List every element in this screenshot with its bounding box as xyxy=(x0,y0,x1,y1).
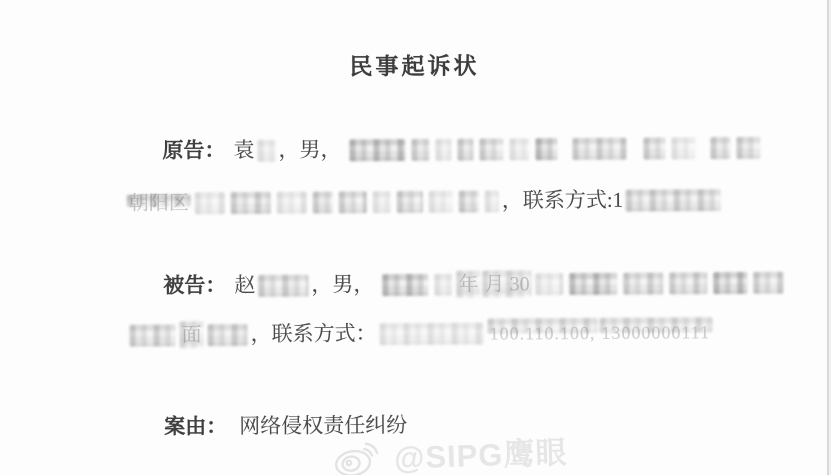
redaction-block xyxy=(180,321,204,348)
redaction-block xyxy=(573,138,627,160)
redaction-block xyxy=(436,139,452,161)
redaction-block xyxy=(208,324,248,346)
page-edge-line xyxy=(827,0,829,475)
redaction-block xyxy=(569,273,617,295)
redaction-block xyxy=(644,137,666,159)
redaction-block xyxy=(459,191,479,213)
redaction-block xyxy=(485,190,499,212)
watermark-handle: @SIPG鹰眼 xyxy=(393,427,568,475)
redaction-block xyxy=(536,138,558,160)
ghost-phone-1: 100.110.100, xyxy=(490,319,596,347)
plaintiff-surname: 袁 xyxy=(233,138,254,162)
redaction-block xyxy=(397,191,423,213)
redaction-block xyxy=(626,189,721,212)
redaction-block xyxy=(510,138,530,160)
redaction-block xyxy=(339,191,367,213)
scanned-civil-complaint: 民事起诉状 原告：袁，男， 朝阳区，联系方式:1 被告：赵，男， 年月 30 面… xyxy=(0,0,831,475)
redaction-block xyxy=(382,274,428,296)
redaction-block xyxy=(373,191,391,213)
plaintiff-line-1: 原告：袁，男， xyxy=(162,134,763,164)
redaction-block xyxy=(350,139,406,161)
redaction-block xyxy=(599,317,712,333)
redaction-block xyxy=(258,275,308,297)
redaction-block xyxy=(458,139,474,161)
plaintiff-label: 原告： xyxy=(162,138,225,162)
defendant-contact-label: ，联系方式： xyxy=(251,321,377,346)
redaction-block xyxy=(257,140,275,162)
defendant-label: 被告： xyxy=(163,273,226,297)
redaction-block xyxy=(737,137,761,159)
ghost-address-char: 面 xyxy=(182,321,202,348)
defendant-gender: ，男， xyxy=(311,272,374,296)
plaintiff-contact-label: ，联系方式:1 xyxy=(502,188,623,213)
redaction-block xyxy=(434,274,452,296)
defendant-line-1: 被告：赵，男， 年月 30 xyxy=(163,269,786,300)
redaction-block xyxy=(713,272,747,294)
defendant-line-2: 面，联系方式：100.110.100,13000000111 xyxy=(127,318,714,349)
redaction-block xyxy=(277,192,307,214)
watermark: @SIPG鹰眼 xyxy=(329,427,568,475)
ghost-phone-2: 13000000111 xyxy=(601,318,710,346)
ghost-month-day: 月 30 xyxy=(484,270,529,297)
redaction-block xyxy=(130,324,176,346)
redaction-block xyxy=(127,194,191,206)
redaction-block xyxy=(456,271,480,298)
ghost-year: 年 xyxy=(458,271,478,298)
ghost-address: 朝阳区 xyxy=(129,189,189,216)
redaction-block xyxy=(669,272,707,294)
redaction-block xyxy=(412,139,430,161)
document-title: 民事起诉状 xyxy=(0,45,830,83)
redaction-block xyxy=(672,137,696,159)
redaction-block xyxy=(482,270,531,297)
redaction-block xyxy=(313,192,333,214)
document-content: 民事起诉状 原告：袁，男， 朝阳区，联系方式:1 被告：赵，男， 年月 30 面… xyxy=(0,0,831,475)
plaintiff-gender: ，男， xyxy=(278,137,341,161)
redaction-block xyxy=(380,323,484,346)
weibo-eye-icon xyxy=(329,434,389,475)
defendant-surname: 赵 xyxy=(234,273,255,297)
redaction-block xyxy=(753,272,783,294)
redaction-block xyxy=(623,272,663,294)
redaction-block xyxy=(480,138,504,160)
redaction-block xyxy=(535,273,563,295)
redaction-block xyxy=(195,192,225,214)
cause-label: 案由： xyxy=(164,414,227,438)
redaction-block xyxy=(231,192,271,214)
redaction-block xyxy=(487,318,597,334)
redaction-block xyxy=(711,137,731,159)
plaintiff-line-2: 朝阳区，联系方式:1 xyxy=(126,186,724,217)
redaction-block xyxy=(429,191,453,213)
